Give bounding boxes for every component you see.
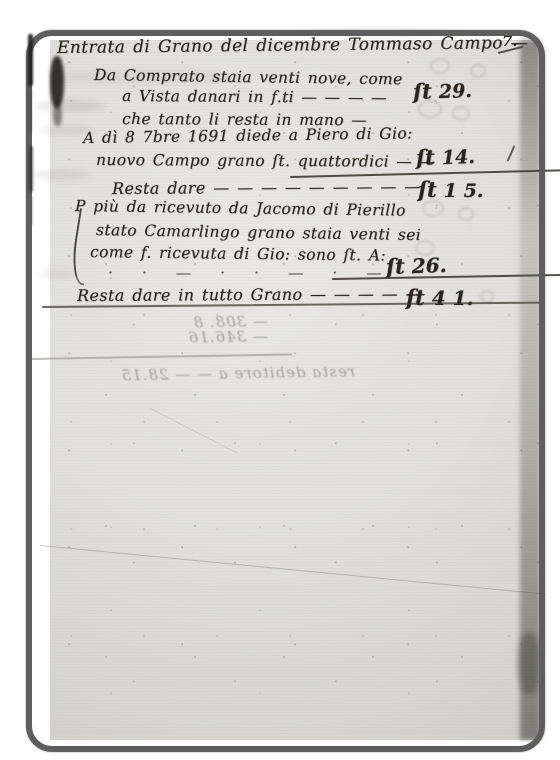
bleedthrough-mark — [452, 106, 470, 121]
bleedthrough-smudge — [38, 270, 78, 278]
manuscript-line: Resta dare in tutto Grano — — — — — — [77, 284, 422, 305]
manuscript-line: stato Camarlingo grano staia venti sei — [96, 221, 421, 244]
amount-value: 14. — [441, 146, 475, 169]
staia-unit-symbol: ſt — [413, 78, 433, 104]
amount-entry: ſt1 5. — [418, 177, 483, 202]
bleedthrough-mark — [422, 200, 444, 217]
amount-value: 4 1. — [432, 286, 474, 310]
staia-unit-symbol: ſt — [386, 253, 406, 279]
bleedthrough-rule — [30, 353, 292, 359]
bleedthrough-smudge — [35, 100, 105, 112]
amount-value: 26. — [411, 253, 447, 278]
bleedthrough-text: resta debitore a — — 28.15 — [45, 362, 355, 385]
amount-entry: ſt29. — [413, 77, 473, 104]
staia-unit-symbol: ſt — [418, 177, 437, 202]
staia-unit-symbol: ſt — [406, 285, 425, 310]
manuscript-line: a Vista danari in f.ti — — — — — [122, 87, 387, 107]
manuscript-line: Da Comprato staia venti nove, come — [94, 66, 403, 88]
binding-edge-mark — [29, 146, 33, 192]
bleedthrough-text: — 346.16 — [58, 327, 268, 349]
page-edge-shadow — [53, 104, 62, 126]
binding-edge-mark — [28, 34, 33, 86]
binding-edge-mark — [30, 196, 33, 226]
amount-entry: ſt26. — [386, 252, 447, 279]
amount-entry: ſt14. — [416, 143, 476, 170]
manuscript-scan: 7. Entrata di Grano del dicembre Tommaso… — [0, 0, 560, 760]
folio-number: 7. — [502, 32, 518, 50]
manuscript-line: nuovo Campo grano ſt. quattordici — — — [96, 151, 436, 171]
amount-value: 1 5. — [444, 180, 484, 202]
ink-stray-mark — [507, 145, 516, 161]
page-edge-shadow — [518, 632, 540, 694]
manuscript-line: · · — · · — · — · — [108, 264, 426, 282]
amount-value: 29. — [438, 80, 472, 103]
bleedthrough-smudge — [32, 170, 92, 180]
staia-unit-symbol: ſt — [416, 144, 436, 170]
amount-entry: ſt4 1. — [406, 285, 474, 310]
bleedthrough-mark — [430, 58, 450, 74]
manuscript-line: Entrata di Grano del dicembre Tommaso Ca… — [57, 33, 528, 58]
binding-edge-mark — [29, 88, 32, 133]
manuscript-line: Resta dare — — — — — — — — — — [112, 177, 421, 198]
manuscript-page: 7. Entrata di Grano del dicembre Tommaso… — [50, 40, 540, 740]
manuscript-line: A dì 8 7bre 1691 diede a Piero di Gio: — [83, 124, 413, 147]
bleedthrough-mark — [470, 64, 486, 78]
manuscript-line: come f. ricevuta di Gio: sono ſt. A: — [90, 243, 386, 265]
bleedthrough-mark — [458, 207, 474, 221]
page-edge-shadow — [50, 56, 64, 108]
paper-crease — [40, 545, 546, 595]
bleedthrough-diagonal — [150, 408, 240, 454]
bleedthrough-mark — [480, 290, 494, 303]
manuscript-line: P più da ricevuto da Jacomo di Pierillo — [75, 197, 406, 220]
